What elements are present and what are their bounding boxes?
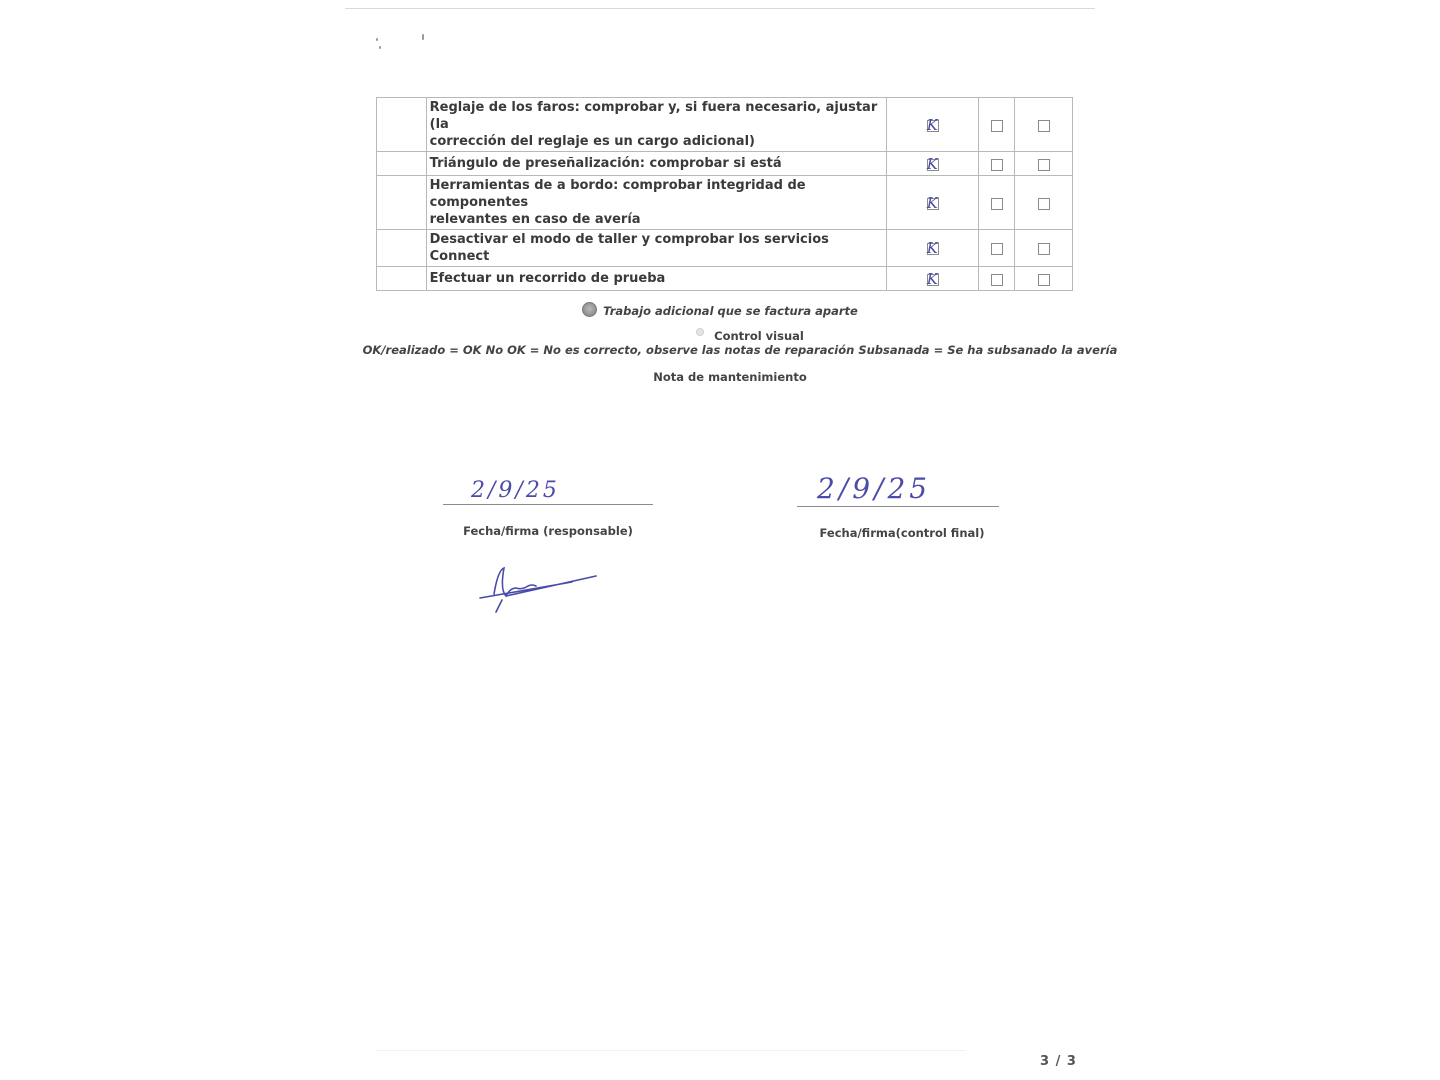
row-number-cell [377, 230, 427, 267]
handwritten-check-mark: K [927, 155, 938, 173]
ok-checkbox[interactable]: K [927, 274, 939, 286]
row-number-cell [377, 176, 427, 230]
row-number-cell [377, 152, 427, 176]
table-row: Reglaje de los faros: comprobar y, si fu… [377, 98, 1073, 152]
scan-speck [379, 46, 381, 49]
no-ok-checkbox[interactable] [991, 243, 1003, 255]
task-description: Herramientas de a bordo: comprobar integ… [426, 176, 886, 230]
handwritten-date: 2/9/25 [817, 472, 931, 505]
signature-label: Fecha/firma(control final) [797, 526, 1007, 540]
table-row: Efectuar un recorrido de prueba K [377, 267, 1073, 291]
legend-additional-work: Trabajo adicional que se factura aparte [0, 302, 1440, 318]
scan-speck [376, 38, 378, 41]
footer-rule [376, 1050, 966, 1051]
handwritten-date: 2/9/25 [471, 478, 560, 503]
additional-work-disc-icon [582, 302, 597, 317]
no-ok-checkbox[interactable] [991, 159, 1003, 171]
no-ok-checkbox[interactable] [991, 198, 1003, 210]
ok-checkbox[interactable]: K [927, 243, 939, 255]
page-number: 3 / 3 [1040, 1054, 1077, 1069]
table-row: Triángulo de preseñalización: comprobar … [377, 152, 1073, 176]
handwritten-check-mark: K [927, 116, 938, 134]
no-ok-checkbox[interactable] [991, 274, 1003, 286]
handwritten-signature-icon [476, 560, 606, 620]
top-rule [345, 8, 1095, 9]
scan-speck [422, 34, 424, 40]
task-description: Triángulo de preseñalización: comprobar … [426, 152, 886, 176]
handwritten-check-mark: K [927, 194, 938, 212]
inspection-checklist-table: Reglaje de los faros: comprobar y, si fu… [376, 97, 1073, 291]
handwritten-check-mark: K [927, 270, 938, 288]
table-row: Herramientas de a bordo: comprobar integ… [377, 176, 1073, 230]
row-number-cell [377, 98, 427, 152]
legend-visual-control: Control visual [0, 328, 1440, 343]
legend-status-key: OK/realizado = OK No OK = No es correcto… [0, 343, 1440, 357]
handwritten-check-mark: K [927, 239, 938, 257]
signature-label: Fecha/firma (responsable) [443, 524, 653, 538]
no-ok-checkbox[interactable] [991, 120, 1003, 132]
task-description: Desactivar el modo de taller y comprobar… [426, 230, 886, 267]
signature-line [443, 504, 653, 505]
ok-checkbox[interactable]: K [927, 120, 939, 132]
ok-checkbox[interactable]: K [927, 198, 939, 210]
table-row: Desactivar el modo de taller y comprobar… [377, 230, 1073, 267]
ok-checkbox[interactable]: K [927, 159, 939, 171]
visual-control-dot-icon [696, 328, 704, 336]
signature-line [797, 506, 999, 507]
subsanada-checkbox[interactable] [1038, 243, 1050, 255]
task-description: Reglaje de los faros: comprobar y, si fu… [426, 98, 886, 152]
subsanada-checkbox[interactable] [1038, 274, 1050, 286]
subsanada-checkbox[interactable] [1038, 159, 1050, 171]
row-number-cell [377, 267, 427, 291]
subsanada-checkbox[interactable] [1038, 120, 1050, 132]
maintenance-note-heading: Nota de mantenimiento [0, 370, 1440, 384]
task-description: Efectuar un recorrido de prueba [426, 267, 886, 291]
subsanada-checkbox[interactable] [1038, 198, 1050, 210]
